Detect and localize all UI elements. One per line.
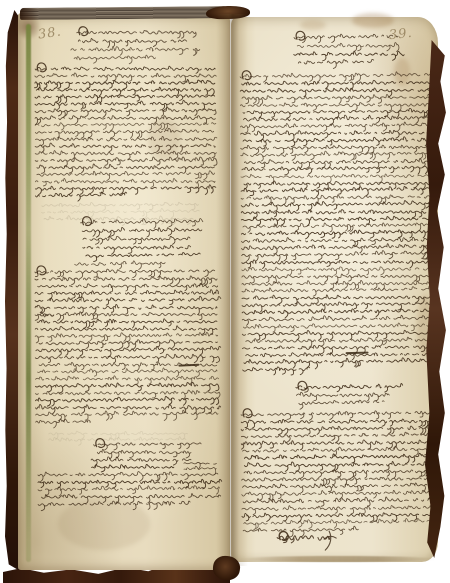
photo-background: 38. 39. — [0, 0, 450, 583]
page-bottom-edge — [240, 556, 436, 562]
paragraph-2-right — [241, 408, 436, 536]
signature-flourish — [322, 529, 338, 553]
heading-block-2-right — [295, 381, 403, 409]
paragraph-1-right — [240, 70, 435, 378]
open-manuscript-book: 38. 39. — [0, 0, 450, 583]
folio-number-right: 39. — [388, 26, 413, 43]
right-page-text-layer — [0, 0, 450, 583]
